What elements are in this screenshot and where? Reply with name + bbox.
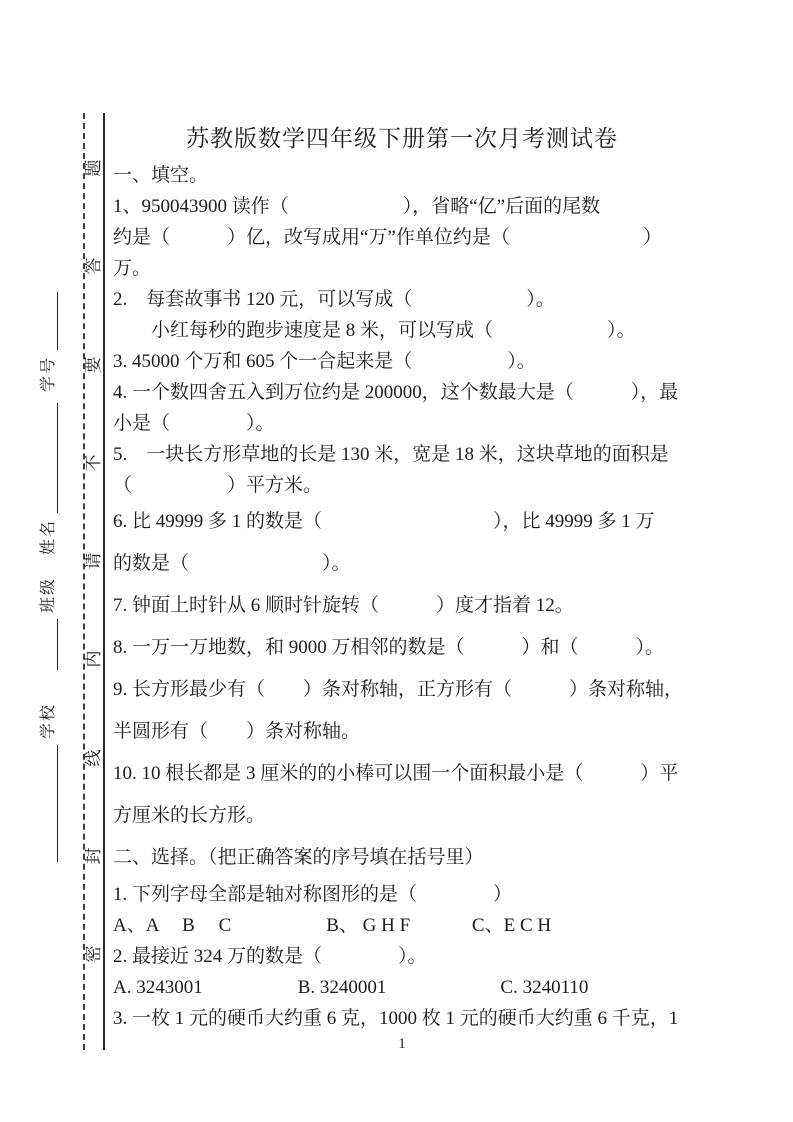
fill-in-questions-tight: 1、950043900 读作（ ），省略“亿”后面的尾数 约是（ ）亿，改写成用… [113,191,691,501]
question-line: 8. 一万一万地数，和 9000 万相邻的数是（ ）和（ ）。 [113,627,691,669]
question-line: 3. 45000 个万和 605 个一合起来是（ ）。 [113,346,691,377]
page-title: 苏教版数学四年级下册第一次月考测试卷 [113,118,691,160]
question-line: 半圆形有（ ）条对称轴。 [113,711,691,753]
student-name-label: 姓名 [36,519,62,555]
question-line: 方厘米的长方形。 [113,795,691,837]
question-line: 6. 比 49999 多 1 的数是（ ），比 49999 多 1 万 [113,501,691,543]
seal-text-char: 要 [76,356,112,374]
question-line: 7. 钟面上时针从 6 顺时针旋转（ ）度才指着 12。 [113,585,691,627]
seal-text-char: 封 [76,847,112,865]
exam-body: 苏教版数学四年级下册第一次月考测试卷 一、填空。 1、950043900 读作（… [113,118,691,1034]
question-line: A、A B C B、 G H F C、E C H [113,910,691,941]
question-line: 的数是（ ）。 [113,543,691,585]
question-line: 小红每秒的跑步速度是 8 米，可以写成（ ）。 [113,315,691,346]
exam-page: 题 答 要 不 请 内 线 封 密 学号 姓名 班级 学校 苏教 [0,0,793,1122]
question-line: A. 3243001 B. 3240001 C. 3240110 [113,972,691,1003]
seal-text-char: 不 [76,454,112,472]
page-number: 1 [113,1036,691,1053]
student-name-field: 姓名 [36,403,62,555]
question-line: 2. 最接近 324 万的数是（ ）。 [113,941,691,972]
question-line: 3. 一枚 1 元的硬币大约重 6 克，1000 枚 1 元的硬币大约重 6 千… [113,1003,691,1034]
section-choose-heading: 二、选择。（把正确答案的序号填在括号里） [113,837,691,879]
seal-text-column: 题 答 要 不 请 内 线 封 密 [85,150,103,972]
question-line: 4. 一个数四舍五入到万位约是 200000，这个数最大是（ ），最 [113,377,691,408]
class-field: 班级 [36,577,62,670]
seal-text-char: 请 [76,552,112,570]
question-line: 1. 下列字母全部是轴对称图形的是（ ） [113,879,691,910]
class-label: 班级 [36,577,62,613]
seal-text-char: 题 [76,159,112,177]
section-fill-in-heading: 一、填空。 [113,160,691,191]
question-line: 万。 [113,253,691,284]
seal-text-char: 线 [76,749,112,767]
choice-questions: 1. 下列字母全部是轴对称图形的是（ ） A、A B C B、 G H F C、… [113,879,691,1034]
question-line: 1、950043900 读作（ ），省略“亿”后面的尾数 [113,191,691,222]
student-id-field: 学号 [36,292,62,392]
question-line: 2. 每套故事书 120 元，可以写成（ ）。 [113,284,691,315]
student-id-blank-line [57,292,58,350]
seal-text-char: 答 [76,257,112,275]
question-line: 约是（ ）亿，改写成用“万”作单位约是（ ） [113,222,691,253]
question-line: 小是（ ）。 [113,408,691,439]
class-blank-line [57,619,58,670]
school-label: 学校 [36,703,62,739]
seal-text-char: 密 [76,945,112,963]
school-blank-line [57,745,58,862]
question-line: 9. 长方形最少有（ ）条对称轴，正方形有（ ）条对称轴， [113,669,691,711]
student-id-label: 学号 [36,356,62,392]
fill-in-questions-loose: 6. 比 49999 多 1 的数是（ ），比 49999 多 1 万 的数是（… [113,501,691,837]
question-line: 10. 10 根长都是 3 厘米的的小棒可以围一个面积最小是（ ）平 [113,753,691,795]
seal-solid-line [103,113,105,1050]
school-field: 学校 [36,703,62,862]
student-name-blank-line [57,403,58,513]
question-line: 5. 一块长方形草地的长是 130 米，宽是 18 米，这块草地的面积是 [113,439,691,470]
question-line: （ ）平方米。 [113,470,691,501]
seal-text-char: 内 [76,650,112,668]
